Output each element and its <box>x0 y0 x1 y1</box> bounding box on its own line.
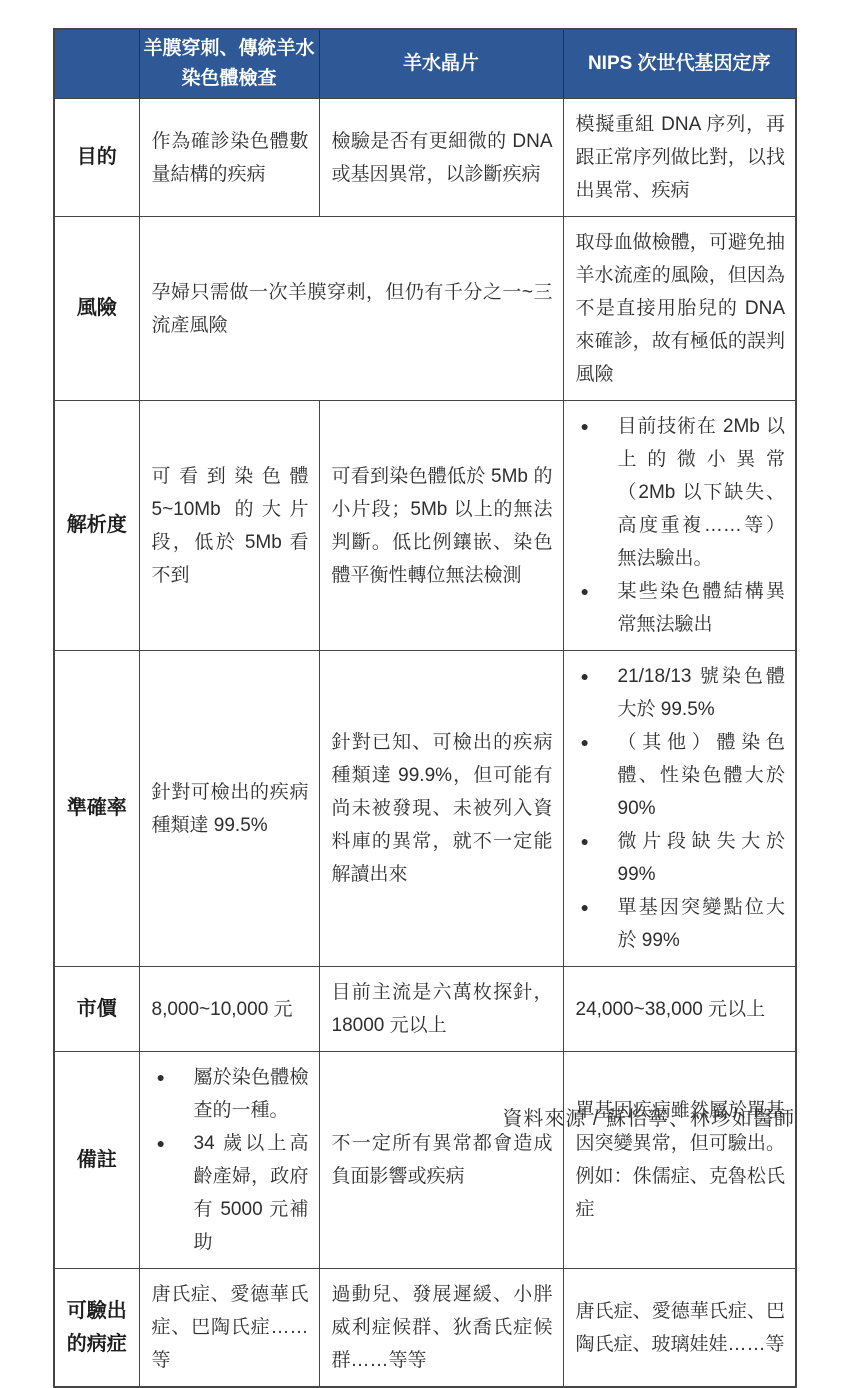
cell-resolution-amnio: 可看到染色體 5~10Mb 的大片段，低於 5Mb 看不到 <box>139 401 319 651</box>
bullet-item: （其他）體染色體、性染色體大於 90% <box>576 726 786 825</box>
cell-price-amnio: 8,000~10,000 元 <box>139 967 319 1052</box>
cell-notes-amnio: 屬於染色體檢查的一種。34 歲以上高齡產婦，政府有 5000 元補助 <box>139 1052 319 1269</box>
cell-resolution-nips: 目前技術在 2Mb 以上的微小異常（2Mb 以下缺失、高度重複……等）無法驗出。… <box>563 401 796 651</box>
row-price: 市價 8,000~10,000 元 目前主流是六萬枚探針，18000 元以上 2… <box>54 967 796 1052</box>
notes-amnio-bullet-list: 屬於染色體檢查的一種。34 歲以上高齡產婦，政府有 5000 元補助 <box>152 1061 309 1259</box>
header-row: 羊膜穿刺、傳統羊水 染色體檢查 羊水晶片 NIPS 次世代基因定序 <box>54 29 796 99</box>
bullet-item: 單基因突變點位大於 99% <box>576 891 786 957</box>
row-label-price: 市價 <box>54 967 139 1052</box>
cell-accuracy-chip: 針對已知、可檢出的疾病種類達 99.9%，但可能有尚未被發現、未被列入資料庫的異… <box>319 651 563 967</box>
bullet-item: 目前技術在 2Mb 以上的微小異常（2Mb 以下缺失、高度重複……等）無法驗出。 <box>576 410 786 575</box>
cell-notes-chip: 不一定所有異常都會造成負面影響或疾病 <box>319 1052 563 1269</box>
row-label-detectable-diseases: 可驗出 的病症 <box>54 1269 139 1388</box>
cell-detectable-nips: 唐氏症、愛德華氏症、巴陶氏症、玻璃娃娃……等 <box>563 1269 796 1388</box>
row-label-risk: 風險 <box>54 217 139 401</box>
page: 羊膜穿刺、傳統羊水 染色體檢查 羊水晶片 NIPS 次世代基因定序 目的 作為確… <box>0 0 848 1200</box>
cell-purpose-nips: 模擬重組 DNA 序列，再跟正常序列做比對，以找出異常、疾病 <box>563 99 796 217</box>
cell-price-nips: 24,000~38,000 元以上 <box>563 967 796 1052</box>
cell-accuracy-nips: 21/18/13 號染色體大於 99.5%（其他）體染色體、性染色體大於 90%… <box>563 651 796 967</box>
cell-risk-nips: 取母血做檢體，可避免抽羊水流產的風險，但因為不是直接用胎兒的 DNA 來確診，故… <box>563 217 796 401</box>
bullet-item: 微片段缺失大於 99% <box>576 825 786 891</box>
cell-detectable-chip: 過動兒、發展遲緩、小胖威利症候群、狄喬氏症候群……等等 <box>319 1269 563 1388</box>
bullet-item: 屬於染色體檢查的一種。 <box>152 1061 309 1127</box>
header-nips: NIPS 次世代基因定序 <box>563 29 796 99</box>
resolution-nips-bullet-list: 目前技術在 2Mb 以上的微小異常（2Mb 以下缺失、高度重複……等）無法驗出。… <box>576 410 786 641</box>
cell-detectable-amnio: 唐氏症、愛德華氏症、巴陶氏症……等 <box>139 1269 319 1388</box>
cell-accuracy-amnio: 針對可檢出的疾病種類達 99.5% <box>139 651 319 967</box>
cell-purpose-amnio: 作為確診染色體數量結構的疾病 <box>139 99 319 217</box>
row-accuracy: 準確率 針對可檢出的疾病種類達 99.5% 針對已知、可檢出的疾病種類達 99.… <box>54 651 796 967</box>
row-label-resolution: 解析度 <box>54 401 139 651</box>
row-label-accuracy: 準確率 <box>54 651 139 967</box>
row-purpose: 目的 作為確診染色體數量結構的疾病 檢驗是否有更細微的 DNA 或基因異常，以診… <box>54 99 796 217</box>
accuracy-nips-bullet-list: 21/18/13 號染色體大於 99.5%（其他）體染色體、性染色體大於 90%… <box>576 660 786 957</box>
header-amniotic-chip: 羊水晶片 <box>319 29 563 99</box>
bullet-item: 某些染色體結構異常無法驗出 <box>576 575 786 641</box>
cell-risk-amnio-chip: 孕婦只需做一次羊膜穿刺，但仍有千分之一~三流產風險 <box>139 217 563 401</box>
row-notes: 備註 屬於染色體檢查的一種。34 歲以上高齡產婦，政府有 5000 元補助 不一… <box>54 1052 796 1269</box>
prenatal-test-comparison-table: 羊膜穿刺、傳統羊水 染色體檢查 羊水晶片 NIPS 次世代基因定序 目的 作為確… <box>53 28 797 1388</box>
cell-resolution-chip: 可看到染色體低於 5Mb 的小片段；5Mb 以上的無法判斷。低比例鑲嵌、染色體平… <box>319 401 563 651</box>
row-risk: 風險 孕婦只需做一次羊膜穿刺，但仍有千分之一~三流產風險 取母血做檢體，可避免抽… <box>54 217 796 401</box>
bullet-item: 21/18/13 號染色體大於 99.5% <box>576 660 786 726</box>
cell-purpose-chip: 檢驗是否有更細微的 DNA 或基因異常，以診斷疾病 <box>319 99 563 217</box>
bullet-item: 34 歲以上高齡產婦，政府有 5000 元補助 <box>152 1127 309 1259</box>
cell-notes-nips: 單基因疾病雖然屬於單基因突變異常，但可驗出。例如：侏儒症、克魯松氏症 <box>563 1052 796 1269</box>
header-corner-cell <box>54 29 139 99</box>
row-resolution: 解析度 可看到染色體 5~10Mb 的大片段，低於 5Mb 看不到 可看到染色體… <box>54 401 796 651</box>
row-label-purpose: 目的 <box>54 99 139 217</box>
cell-price-chip: 目前主流是六萬枚探針，18000 元以上 <box>319 967 563 1052</box>
row-label-notes: 備註 <box>54 1052 139 1269</box>
row-detectable-diseases: 可驗出 的病症 唐氏症、愛德華氏症、巴陶氏症……等 過動兒、發展遲緩、小胖威利症… <box>54 1269 796 1388</box>
header-amniocentesis: 羊膜穿刺、傳統羊水 染色體檢查 <box>139 29 319 99</box>
source-credit: 資料來源 / 蘇怡寧、林珍如醫師 <box>502 1102 795 1131</box>
